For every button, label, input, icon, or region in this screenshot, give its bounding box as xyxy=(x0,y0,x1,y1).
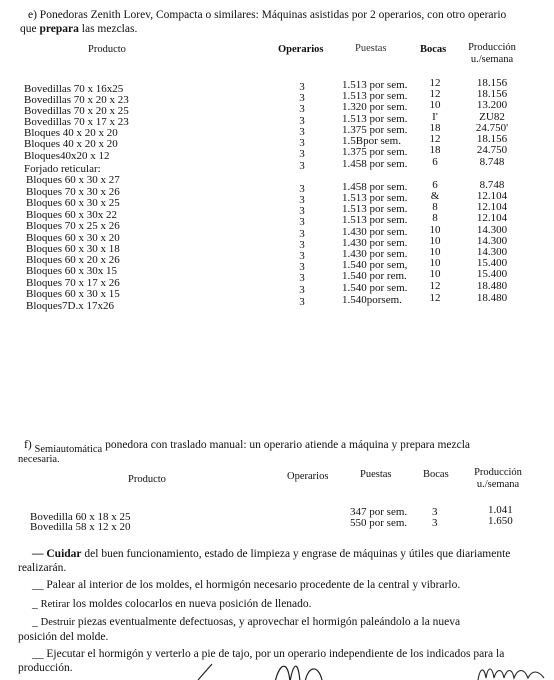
bocas-value: 18 xyxy=(425,145,445,156)
puestas-value: 1.513 por sem. xyxy=(342,215,407,226)
product-name: Bloques 60 x 30 x 25 xyxy=(26,198,120,209)
product-name: Bloques 60 x 30x 15 xyxy=(26,266,117,277)
product-name: Bloques 60 x 30 x 27 xyxy=(26,175,120,186)
operarios-value: 3 xyxy=(296,273,308,284)
operarios-value: 3 xyxy=(296,297,308,308)
operarios-value: 3 xyxy=(296,285,308,296)
section-e-intro-line2: que prepara las mezclas. xyxy=(20,22,542,36)
puestas-value: 1.320 por sem. xyxy=(342,102,407,113)
task-item: _ Destruir piezas eventualmente defectuo… xyxy=(18,615,538,644)
task-text: del buen funcionamiento, estado de limpi… xyxy=(82,548,511,560)
task-verb: Destruir xyxy=(41,617,75,628)
bullet-dash: _ xyxy=(32,598,41,610)
task-item: — Cuidar del buen funcionamiento, estado… xyxy=(18,547,538,575)
produccion-value: 13.200 xyxy=(472,100,512,111)
bocas-value: 10 xyxy=(425,100,445,111)
signature-scribbles xyxy=(0,652,554,680)
semiautomatica-label: Semiautomática xyxy=(35,444,103,455)
task-text-continuation: realizarán. xyxy=(18,561,538,575)
puestas-value: 1.540porsem. xyxy=(342,295,402,306)
f-header-produccion: Producción u./semana xyxy=(470,467,526,491)
bullet-dash: _ xyxy=(32,616,41,628)
bocas-value: 12 xyxy=(425,293,445,304)
operarios-value: 3 xyxy=(296,161,308,172)
bullet-dash: — xyxy=(32,548,46,560)
header-puestas: Puestas xyxy=(355,43,387,55)
header-produccion: Producción u./semana xyxy=(466,42,518,66)
puestas-value: 1.458 por sem. xyxy=(342,159,407,170)
f-header-operarios: Operarios xyxy=(287,471,328,483)
bullet-dash: __ xyxy=(32,579,46,591)
operarios-value: 3 xyxy=(296,149,308,160)
operarios-value: 3 xyxy=(296,104,308,115)
task-text-continuation: posición del molde. xyxy=(18,630,538,644)
puestas-value: 1.375 por sem. xyxy=(342,147,407,158)
product-name: Bloques7D.x 17x26 xyxy=(26,301,114,312)
f-header-producto: Producto xyxy=(128,474,166,486)
produccion-value: 1.650 xyxy=(488,516,513,527)
bocas-value: 10 xyxy=(425,269,445,280)
produccion-value: 15.400 xyxy=(472,269,512,280)
header-producto: Producto xyxy=(88,44,126,56)
header-operarios: Operarios xyxy=(278,44,324,56)
task-text: los moldes colocarlos en nueva posición … xyxy=(70,598,312,610)
task-item: __ Palear al interior de los moldes, el … xyxy=(18,578,538,592)
header-bocas: Bocas xyxy=(420,44,446,56)
task-verb: Cuidar xyxy=(46,548,81,560)
bocas-value: 8 xyxy=(425,213,445,224)
produccion-value: 18.480 xyxy=(472,281,512,292)
task-text: Palear al interior de los moldes, el hor… xyxy=(46,579,460,591)
product-name: Bloques40x20 x 12 xyxy=(24,151,110,162)
task-verb: Retirar xyxy=(41,599,70,610)
produccion-value: 8.748 xyxy=(472,157,512,168)
puestas-value: 1.540 por rem. xyxy=(342,271,407,282)
section-e-intro-line1: e) Ponedoras Zenith Lorev, Compacta o si… xyxy=(22,8,542,22)
section-e-intro: e) Ponedoras Zenith Lorev, Compacta o si… xyxy=(22,8,542,36)
bocas-value: 12 xyxy=(425,281,445,292)
produccion-value: 24.750 xyxy=(472,145,512,156)
f-header-puestas: Puestas xyxy=(360,469,392,481)
produccion-value: 18.480 xyxy=(472,293,512,304)
task-item: _ Retirar los moldes colocarlos en nueva… xyxy=(18,597,538,612)
task-text: piezas eventualmente defectuosas, y apro… xyxy=(75,616,460,628)
product-name: Bloques 40 x 20 x 20 xyxy=(24,139,118,150)
bocas-value: 3 xyxy=(432,518,438,529)
puestas-value: 1.540 por sem. xyxy=(342,283,407,294)
bocas-value: 6 xyxy=(425,157,445,168)
product-name: Bovedilla 58 x 12 x 20 xyxy=(30,522,131,533)
section-f-intro: f) Semiautomática ponedora con traslado … xyxy=(22,438,542,467)
f-header-bocas: Bocas xyxy=(423,469,449,481)
produccion-value: 12.104 xyxy=(472,213,512,224)
puestas-value: 550 por sem. xyxy=(350,518,407,529)
operarios-value: 3 xyxy=(296,217,308,228)
product-name: Bloques 60 x 30 x 15 xyxy=(26,289,120,300)
product-name: Bloques 70 x 25 x 26 xyxy=(26,221,120,232)
emphasis-prepara: prepara xyxy=(39,23,78,35)
